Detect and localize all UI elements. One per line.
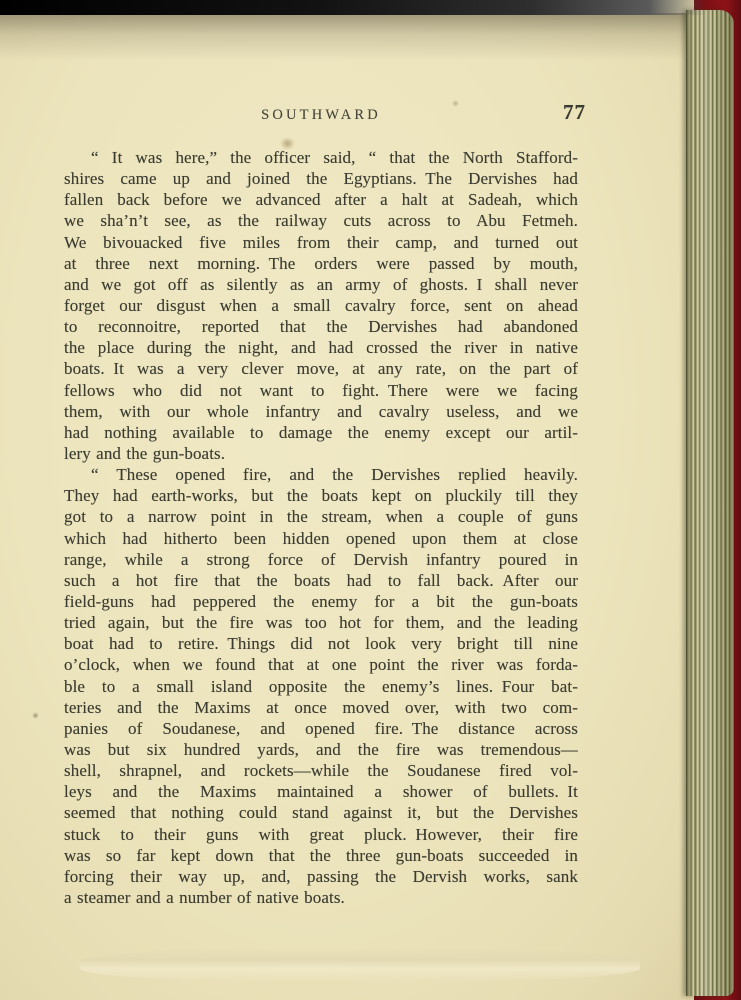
scan-streak-artifact <box>80 948 640 982</box>
text-line: stuck to their guns with great pluck. Ho… <box>64 824 578 845</box>
text-line: tried again, but the fire was too hot fo… <box>64 612 578 633</box>
text-line: and we got off as silently as an army of… <box>64 274 578 295</box>
text-line: shell, shrapnel, and rockets—while the S… <box>64 760 578 781</box>
page-top-shadow <box>0 13 700 61</box>
page-header: SOUTHWARD 77 <box>64 103 578 129</box>
text-line: They had earth-works, but the boats kept… <box>64 485 578 506</box>
book-fore-edge <box>686 10 734 996</box>
text-line: fallen back before we advanced after a h… <box>64 189 578 210</box>
text-line: boats. It was a very clever move, at any… <box>64 358 578 379</box>
book-page-paper: SOUTHWARD 77 “ It was here,” the officer… <box>0 0 694 1000</box>
text-line: lery and the gun-boats. <box>64 443 578 464</box>
text-line: had nothing available to damage the enem… <box>64 422 578 443</box>
text-line: a steamer and a number of native boats. <box>64 887 578 908</box>
text-line: was but six hundred yards, and the fire … <box>64 739 578 760</box>
text-line: seemed that nothing could stand against … <box>64 802 578 823</box>
text-line: ble to a small island opposite the enemy… <box>64 676 578 697</box>
text-line: teries and the Maxims at once moved over… <box>64 697 578 718</box>
text-line: boat had to retire. Things did not look … <box>64 633 578 654</box>
running-title: SOUTHWARD <box>64 107 578 124</box>
scanned-book-page: SOUTHWARD 77 “ It was here,” the officer… <box>0 0 741 1000</box>
scan-top-strip <box>0 0 706 15</box>
text-line: shires came up and joined the Egyptians.… <box>64 168 578 189</box>
text-line: to reconnoitre, reported that the Dervis… <box>64 316 578 337</box>
text-line: at three next morning. The orders were p… <box>64 253 578 274</box>
text-line: range, while a strong force of Dervish i… <box>64 549 578 570</box>
text-line: We bivouacked five miles from their camp… <box>64 232 578 253</box>
text-line: which had hitherto been hidden opened up… <box>64 528 578 549</box>
text-line: the place during the night, and had cros… <box>64 337 578 358</box>
text-line: such a hot fire that the boats had to fa… <box>64 570 578 591</box>
text-line: “ It was here,” the officer said, “ that… <box>64 147 578 168</box>
text-line: fellows who did not want to fight. There… <box>64 380 578 401</box>
page-body: “ It was here,” the officer said, “ that… <box>64 147 578 908</box>
text-line: o’clock, when we found that at one point… <box>64 654 578 675</box>
text-line: forcing their way up, and, passing the D… <box>64 866 578 887</box>
text-line: was so far kept down that the three gun-… <box>64 845 578 866</box>
text-line: panies of Soudanese, and opened fire. Th… <box>64 718 578 739</box>
text-line: leys and the Maxims maintained a shower … <box>64 781 578 802</box>
page-number: 77 <box>563 100 586 125</box>
text-line: forget our disgust when a small cavalry … <box>64 295 578 316</box>
text-line: field-guns had peppered the enemy for a … <box>64 591 578 612</box>
paper-smudge <box>32 712 39 719</box>
text-line: “ These opened fire, and the Dervishes r… <box>64 464 578 485</box>
text-line: them, with our whole infantry and cavalr… <box>64 401 578 422</box>
text-line: got to a narrow point in the stream, whe… <box>64 506 578 527</box>
text-line: we sha’n’t see, as the railway cuts acro… <box>64 210 578 231</box>
